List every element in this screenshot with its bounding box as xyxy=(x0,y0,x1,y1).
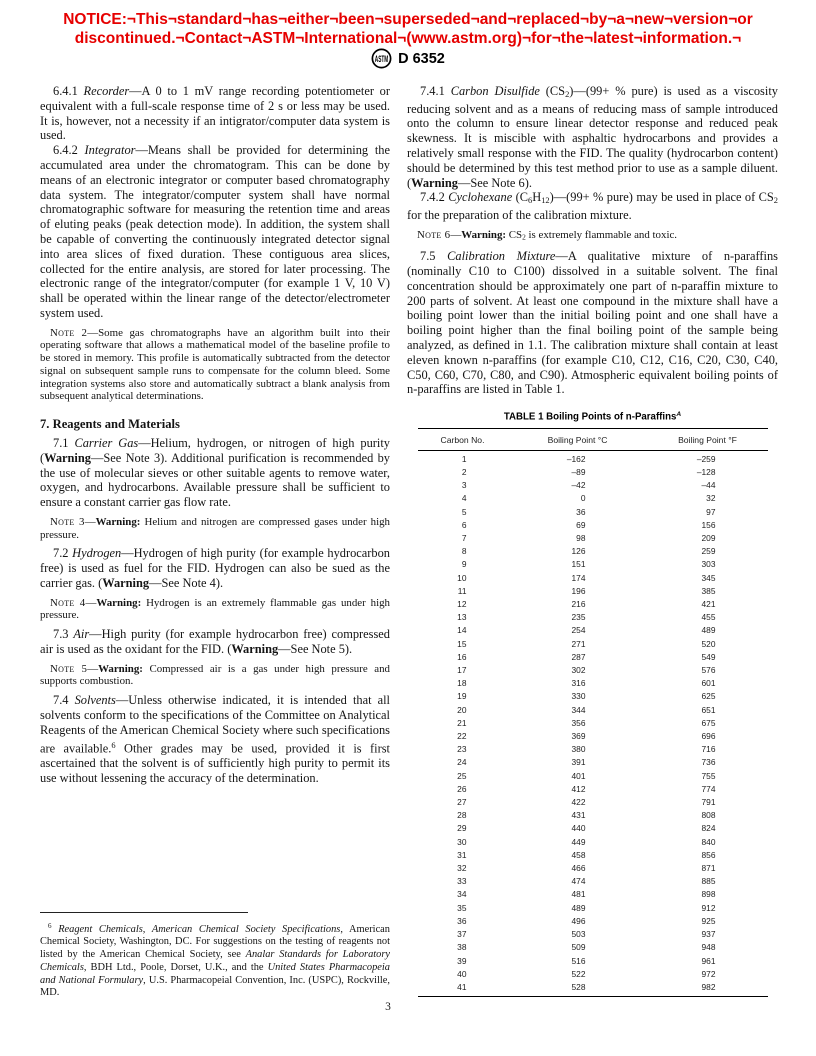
table-cell: 912 xyxy=(648,902,768,915)
table-cell: –128 xyxy=(648,466,768,479)
table-cell: 431 xyxy=(508,809,648,822)
table-cell: 25 xyxy=(418,770,508,783)
page-number: 3 xyxy=(0,1001,776,1013)
table-cell: 11 xyxy=(418,585,508,598)
table-cell: 871 xyxy=(648,862,768,875)
table-row: 20344651 xyxy=(418,704,768,717)
table-cell: 35 xyxy=(418,902,508,915)
table-cell: 69 xyxy=(508,519,648,532)
table-cell: –259 xyxy=(648,450,768,466)
table-cell: 369 xyxy=(508,730,648,743)
table-row: 2–89–128 xyxy=(418,466,768,479)
table-cell: 401 xyxy=(508,770,648,783)
paragraph-6-4-2: 6.4.2 Integrator—Means shall be provided… xyxy=(40,143,390,321)
table-cell: 24 xyxy=(418,756,508,769)
table-cell: 303 xyxy=(648,558,768,571)
table-cell: 32 xyxy=(648,492,768,505)
paragraph-7-4-1: 7.4.1 Carbon Disulfide (CS2)—(99+ % pure… xyxy=(407,84,778,190)
table-cell: 26 xyxy=(418,783,508,796)
table-cell: 316 xyxy=(508,677,648,690)
table-cell: 421 xyxy=(648,598,768,611)
table-cell: 7 xyxy=(418,532,508,545)
table-cell: 235 xyxy=(508,611,648,624)
table-cell: 30 xyxy=(418,836,508,849)
table-cell: 824 xyxy=(648,822,768,835)
table-row: 14254489 xyxy=(418,624,768,637)
standard-designation: ASTM D 6352 xyxy=(0,48,816,69)
table-cell: 15 xyxy=(418,638,508,651)
paragraph-7-4-2: 7.4.2 Cyclohexane (C6H12)—(99+ % pure) m… xyxy=(407,190,778,222)
footnote-divider xyxy=(40,912,248,913)
table-cell: 522 xyxy=(508,968,648,981)
table-cell: –42 xyxy=(508,479,648,492)
table-cell: 27 xyxy=(418,796,508,809)
table-cell: 982 xyxy=(648,981,768,997)
table-cell: 716 xyxy=(648,743,768,756)
table-cell: 4 xyxy=(418,492,508,505)
designation-number: D 6352 xyxy=(398,51,445,67)
table-cell: 344 xyxy=(508,704,648,717)
table-cell: 489 xyxy=(508,902,648,915)
table-row: 31458856 xyxy=(418,849,768,862)
note-2: Note 2—Some gas chromatographs have an a… xyxy=(40,327,390,403)
paragraph-7-5: 7.5 Calibration Mixture—A qualitative mi… xyxy=(407,249,778,397)
table-cell: 41 xyxy=(418,981,508,997)
table-cell: 28 xyxy=(418,809,508,822)
table-cell: 440 xyxy=(508,822,648,835)
table-row: 35489912 xyxy=(418,902,768,915)
document-page: NOTICE:¬This¬standard¬has¬either¬been¬su… xyxy=(0,0,816,1056)
table-cell: 254 xyxy=(508,624,648,637)
table-cell: 196 xyxy=(508,585,648,598)
paragraph-7-1: 7.1 Carrier Gas—Helium, hydrogen, or nit… xyxy=(40,436,390,510)
table-row: 40522972 xyxy=(418,968,768,981)
table-cell: 23 xyxy=(418,743,508,756)
table-cell: 32 xyxy=(418,862,508,875)
column-header-bp-c: Boiling Point °C xyxy=(508,428,648,450)
table-cell: 458 xyxy=(508,849,648,862)
table-cell: 576 xyxy=(648,664,768,677)
table-cell: 19 xyxy=(418,690,508,703)
two-column-body: 6.4.1 Recorder—A 0 to 1 mV range recordi… xyxy=(40,84,778,1000)
table-row: 27422791 xyxy=(418,796,768,809)
table-cell: 36 xyxy=(418,915,508,928)
table-cell: 14 xyxy=(418,624,508,637)
table-cell: 8 xyxy=(418,545,508,558)
column-header-bp-f: Boiling Point °F xyxy=(648,428,768,450)
table-cell: 216 xyxy=(508,598,648,611)
table-cell: 961 xyxy=(648,955,768,968)
table-row: 1–162–259 xyxy=(418,450,768,466)
paragraph-7-3: 7.3 Air—High purity (for example hydroca… xyxy=(40,627,390,657)
table-cell: 0 xyxy=(508,492,648,505)
table-cell: 356 xyxy=(508,717,648,730)
table-row: 3–42–44 xyxy=(418,479,768,492)
table-cell: 755 xyxy=(648,770,768,783)
table-cell: 5 xyxy=(418,506,508,519)
table-cell: 774 xyxy=(648,783,768,796)
table-cell: 385 xyxy=(648,585,768,598)
table-row: 28431808 xyxy=(418,809,768,822)
table-cell: 34 xyxy=(418,888,508,901)
table-cell: 209 xyxy=(648,532,768,545)
table-cell: 287 xyxy=(508,651,648,664)
table-cell: 856 xyxy=(648,849,768,862)
table-cell: 16 xyxy=(418,651,508,664)
table-row: 12216421 xyxy=(418,598,768,611)
table-cell: 1 xyxy=(418,450,508,466)
table-cell: 36 xyxy=(508,506,648,519)
paragraph-6-4-1: 6.4.1 Recorder—A 0 to 1 mV range recordi… xyxy=(40,84,390,143)
table-row: 38509948 xyxy=(418,941,768,954)
table-row: 22369696 xyxy=(418,730,768,743)
table-row: 33474885 xyxy=(418,875,768,888)
table-cell: 937 xyxy=(648,928,768,941)
table-cell: 38 xyxy=(418,941,508,954)
table-cell: 33 xyxy=(418,875,508,888)
note-5: Note 5—Warning: Compressed air is a gas … xyxy=(40,663,390,688)
table-cell: 503 xyxy=(508,928,648,941)
left-column: 6.4.1 Recorder—A 0 to 1 mV range recordi… xyxy=(40,84,390,1000)
table-cell: 259 xyxy=(648,545,768,558)
table-cell: 489 xyxy=(648,624,768,637)
right-column: 7.4.1 Carbon Disulfide (CS2)—(99+ % pure… xyxy=(407,84,778,1000)
table-cell: 520 xyxy=(648,638,768,651)
table-cell: 6 xyxy=(418,519,508,532)
note-6: Note 6—Warning: CS2 is extremely flammab… xyxy=(407,229,778,244)
astm-logo-icon: ASTM xyxy=(371,48,392,69)
table-cell: 509 xyxy=(508,941,648,954)
table-cell: 696 xyxy=(648,730,768,743)
table-cell: 20 xyxy=(418,704,508,717)
note-3: Note 3—Warning: Helium and nitrogen are … xyxy=(40,516,390,541)
table-row: 24391736 xyxy=(418,756,768,769)
table-row: 37503937 xyxy=(418,928,768,941)
table-row: 9151303 xyxy=(418,558,768,571)
table-cell: 271 xyxy=(508,638,648,651)
table-cell: 885 xyxy=(648,875,768,888)
note-4: Note 4—Warning: Hydrogen is an extremely… xyxy=(40,597,390,622)
table-cell: 736 xyxy=(648,756,768,769)
table-cell: 625 xyxy=(648,690,768,703)
table-cell: 37 xyxy=(418,928,508,941)
table-cell: 151 xyxy=(508,558,648,571)
table-cell: 474 xyxy=(508,875,648,888)
table-cell: 22 xyxy=(418,730,508,743)
table-cell: 481 xyxy=(508,888,648,901)
table-cell: 808 xyxy=(648,809,768,822)
table-header-row: Carbon No. Boiling Point °C Boiling Poin… xyxy=(418,428,768,450)
table-cell: 449 xyxy=(508,836,648,849)
table-row: 41528982 xyxy=(418,981,768,997)
table-cell: 97 xyxy=(648,506,768,519)
table-row: 34481898 xyxy=(418,888,768,901)
table-row: 19330625 xyxy=(418,690,768,703)
table-cell: 516 xyxy=(508,955,648,968)
table-cell: 972 xyxy=(648,968,768,981)
table-row: 11196385 xyxy=(418,585,768,598)
table-cell: 380 xyxy=(508,743,648,756)
table-cell: 40 xyxy=(418,968,508,981)
table-row: 21356675 xyxy=(418,717,768,730)
footnote-block: 6 Reagent Chemicals, American Chemical S… xyxy=(40,912,390,1000)
table-cell: 21 xyxy=(418,717,508,730)
table-cell: 330 xyxy=(508,690,648,703)
notice-line-2: discontinued.¬Contact¬ASTM¬International… xyxy=(20,29,796,48)
notice-line-1: NOTICE:¬This¬standard¬has¬either¬been¬su… xyxy=(20,10,796,29)
table-cell: 925 xyxy=(648,915,768,928)
table-cell: –89 xyxy=(508,466,648,479)
paragraph-7-4: 7.4 Solvents—Unless otherwise indicated,… xyxy=(40,693,390,785)
table-row: 16287549 xyxy=(418,651,768,664)
table-cell: 302 xyxy=(508,664,648,677)
table-cell: 10 xyxy=(418,572,508,585)
table-row: 8126259 xyxy=(418,545,768,558)
table-cell: 2 xyxy=(418,466,508,479)
table-cell: 422 xyxy=(508,796,648,809)
table-cell: 3 xyxy=(418,479,508,492)
table-row: 23380716 xyxy=(418,743,768,756)
table-body: 1–162–2592–89–1283–42–444032536976691567… xyxy=(418,450,768,996)
table-cell: 18 xyxy=(418,677,508,690)
table-cell: 13 xyxy=(418,611,508,624)
table-cell: 455 xyxy=(648,611,768,624)
table-row: 4032 xyxy=(418,492,768,505)
table-cell: 126 xyxy=(508,545,648,558)
table-cell: 651 xyxy=(648,704,768,717)
table-1-boiling-points: Carbon No. Boiling Point °C Boiling Poin… xyxy=(418,428,768,997)
table-cell: 898 xyxy=(648,888,768,901)
table-row: 15271520 xyxy=(418,638,768,651)
footnote-6: 6 Reagent Chemicals, American Chemical S… xyxy=(40,920,390,1000)
table-cell: 675 xyxy=(648,717,768,730)
table-cell: 948 xyxy=(648,941,768,954)
table-row: 53697 xyxy=(418,506,768,519)
table-row: 13235455 xyxy=(418,611,768,624)
table-1-container: TABLE 1 Boiling Points of n-ParaffinsA C… xyxy=(407,411,778,997)
paragraph-7-2: 7.2 Hydrogen—Hydrogen of high purity (fo… xyxy=(40,546,390,590)
table-cell: 840 xyxy=(648,836,768,849)
table-row: 26412774 xyxy=(418,783,768,796)
supersession-notice: NOTICE:¬This¬standard¬has¬either¬been¬su… xyxy=(20,10,796,48)
table-cell: 17 xyxy=(418,664,508,677)
table-cell: 98 xyxy=(508,532,648,545)
table-cell: 549 xyxy=(648,651,768,664)
section-heading-7: 7. Reagents and Materials xyxy=(40,417,390,432)
table-row: 25401755 xyxy=(418,770,768,783)
table-cell: 412 xyxy=(508,783,648,796)
table-row: 10174345 xyxy=(418,572,768,585)
table-cell: 12 xyxy=(418,598,508,611)
table-cell: 601 xyxy=(648,677,768,690)
table-row: 39516961 xyxy=(418,955,768,968)
table-cell: 156 xyxy=(648,519,768,532)
table-row: 30449840 xyxy=(418,836,768,849)
astm-logo-text: ASTM xyxy=(375,54,389,64)
table-cell: 31 xyxy=(418,849,508,862)
column-header-carbon-no: Carbon No. xyxy=(418,428,508,450)
table-cell: 345 xyxy=(648,572,768,585)
table-cell: 528 xyxy=(508,981,648,997)
table-cell: –162 xyxy=(508,450,648,466)
table-row: 29440824 xyxy=(418,822,768,835)
table-cell: 496 xyxy=(508,915,648,928)
table-cell: 391 xyxy=(508,756,648,769)
table-row: 32466871 xyxy=(418,862,768,875)
table-row: 36496925 xyxy=(418,915,768,928)
table-cell: 39 xyxy=(418,955,508,968)
table-row: 669156 xyxy=(418,519,768,532)
table-row: 18316601 xyxy=(418,677,768,690)
table-cell: 29 xyxy=(418,822,508,835)
table-cell: 791 xyxy=(648,796,768,809)
table-row: 17302576 xyxy=(418,664,768,677)
table-cell: 466 xyxy=(508,862,648,875)
table-cell: 9 xyxy=(418,558,508,571)
table-1-title: TABLE 1 Boiling Points of n-ParaffinsA xyxy=(504,411,681,423)
table-row: 798209 xyxy=(418,532,768,545)
table-cell: –44 xyxy=(648,479,768,492)
table-cell: 174 xyxy=(508,572,648,585)
